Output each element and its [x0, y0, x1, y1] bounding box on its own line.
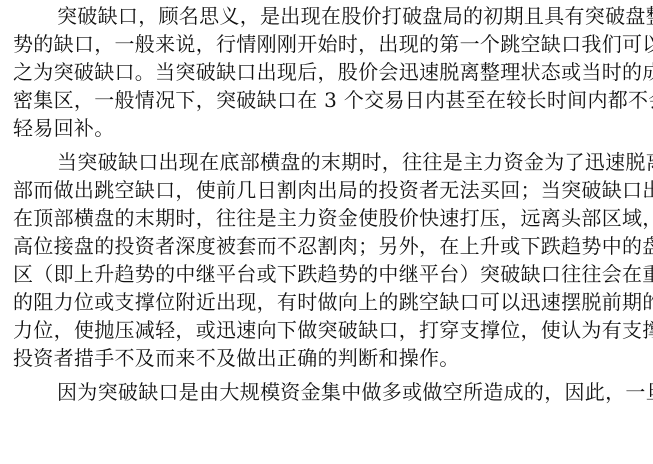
text-line: 势的缺口，一般来说，行情刚刚开始时，出现的第一个跳空缺口我们可以称 [13, 30, 641, 58]
text-line: 高位接盘的投资者深度被套而不忍割肉；另外，在上升或下跌趋势中的盘整 [13, 232, 641, 260]
text-line: 投资者措手不及而来不及做出正确的判断和操作。 [13, 344, 641, 372]
text-line: 密集区，一般情况下，突破缺口在 3 个交易日内甚至在较长时间内都不会被 [13, 86, 641, 114]
document-page: 突破缺口，顾名思义，是出现在股价打破盘局的初期且具有突破盘整走 势的缺口，一般来… [13, 2, 641, 406]
text-line: 当突破缺口出现在底部横盘的末期时，往往是主力资金为了迅速脱离底 [13, 148, 641, 176]
text-line: 在顶部横盘的末期时，往往是主力资金使股价快速打压，远离头部区域，使 [13, 204, 641, 232]
text-line: 因为突破缺口是由大规模资金集中做多或做空所造成的，因此，一旦一 [13, 378, 641, 406]
text-line: 突破缺口，顾名思义，是出现在股价打破盘局的初期且具有突破盘整走 [13, 2, 641, 30]
text-line: 的阻力位或支撑位附近出现，有时做向上的跳空缺口可以迅速摆脱前期的阻 [13, 288, 641, 316]
text-line: 部而做出跳空缺口，使前几日割肉出局的投资者无法买回；当突破缺口出现 [13, 176, 641, 204]
paragraph-breakaway-gap-definition: 突破缺口，顾名思义，是出现在股价打破盘局的初期且具有突破盘整走 势的缺口，一般来… [13, 2, 641, 142]
text-line: 区（即上升趋势的中继平台或下跌趋势的中继平台）突破缺口往往会在重要 [13, 260, 641, 288]
text-line: 力位，使抛压减轻，或迅速向下做突破缺口，打穿支撑位，使认为有支撑的 [13, 316, 641, 344]
text-line: 之为突破缺口。当突破缺口出现后，股价会迅速脱离整理状态或当时的成交 [13, 58, 641, 86]
text-line: 轻易回补。 [13, 114, 641, 142]
paragraph-breakaway-gap-cause: 因为突破缺口是由大规模资金集中做多或做空所造成的，因此，一旦一 [13, 378, 641, 406]
paragraph-breakaway-gap-position: 当突破缺口出现在底部横盘的末期时，往往是主力资金为了迅速脱离底 部而做出跳空缺口… [13, 148, 641, 372]
